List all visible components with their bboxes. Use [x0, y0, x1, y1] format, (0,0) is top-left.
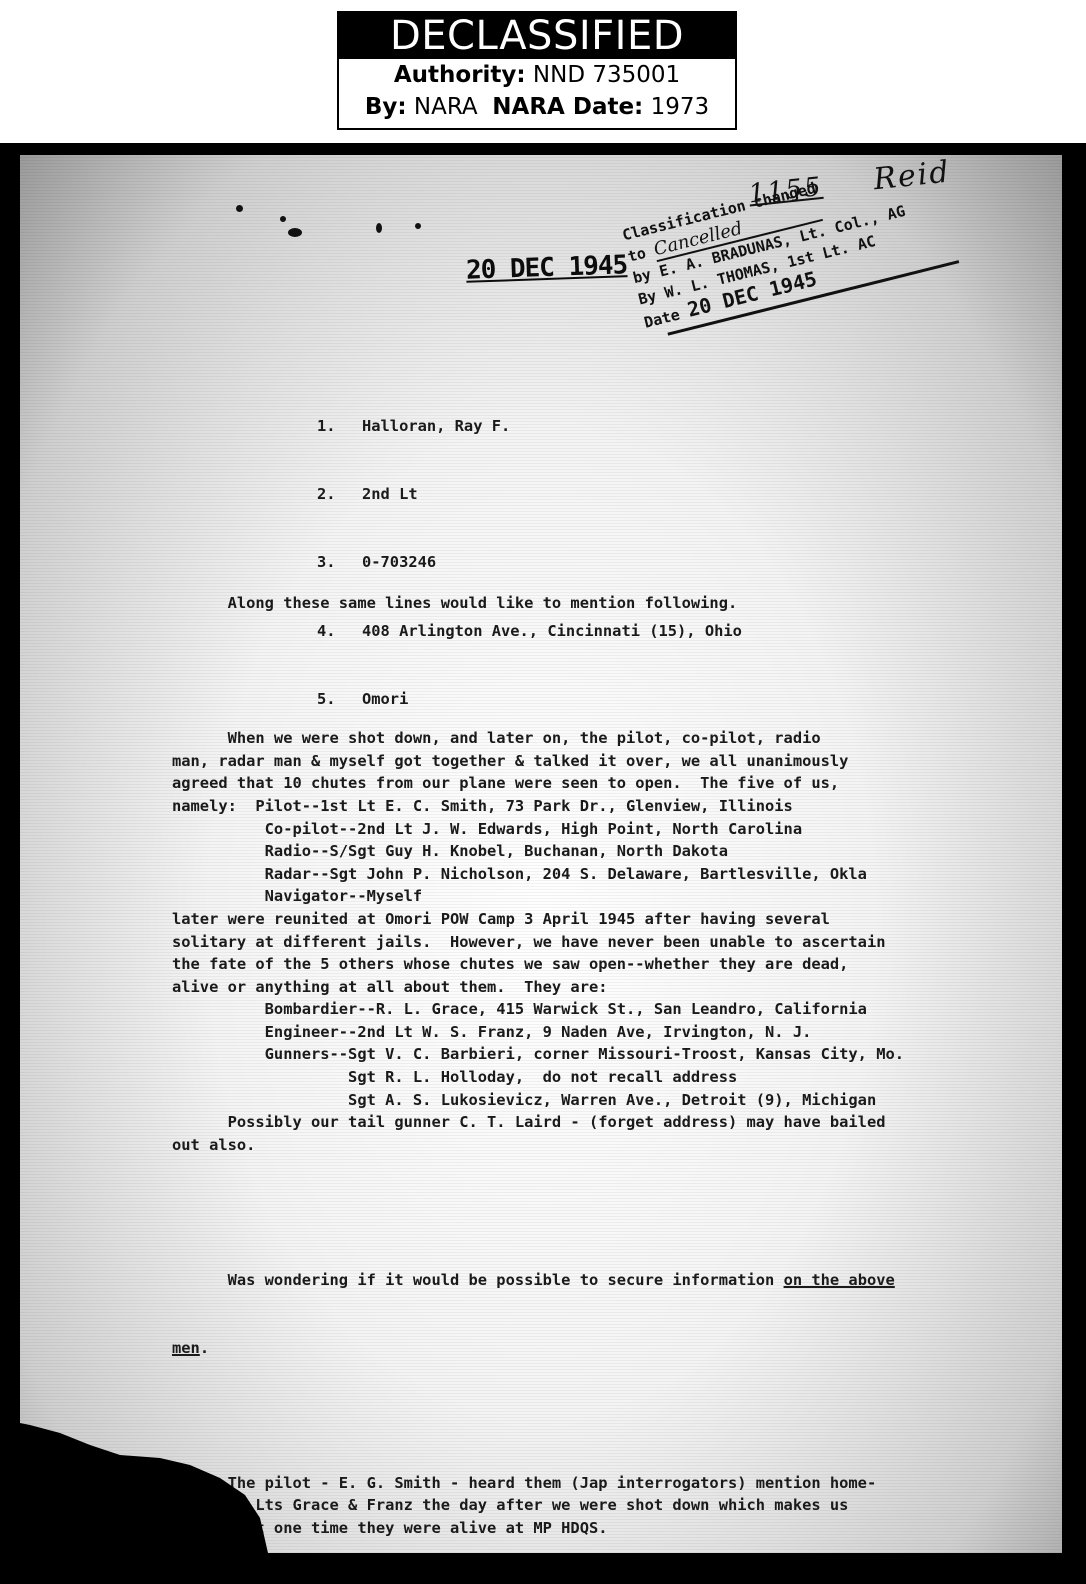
- by-line: By: NARA NARA Date: 1973: [339, 91, 735, 123]
- id-item: 2.2nd Lt: [317, 483, 742, 506]
- paragraph-request-end: men.: [172, 1337, 904, 1360]
- body-line: the fate of the 5 others whose chutes we…: [172, 953, 904, 976]
- ink-speck: [236, 205, 243, 212]
- authority-value: NND 735001: [533, 62, 680, 88]
- paragraph-interrogators: The pilot - E. G. Smith - heard them (Ja…: [172, 1472, 904, 1540]
- body-line: solitary at different jails. However, we…: [172, 931, 904, 954]
- declassified-heading: DECLASSIFIED: [339, 13, 735, 59]
- intro-line: Along these same lines would like to men…: [172, 592, 904, 615]
- id-number: 1.: [317, 415, 362, 438]
- body-line: Engineer--2nd Lt W. S. Franz, 9 Naden Av…: [172, 1021, 904, 1044]
- letter-body: Along these same lines would like to men…: [172, 547, 904, 1553]
- body-line: later were reunited at Omori POW Camp 3 …: [172, 908, 904, 931]
- body-line: agreed that 10 chutes from our plane wer…: [172, 772, 904, 795]
- body-line: alive or anything at all about them. The…: [172, 976, 904, 999]
- ink-speck: [288, 228, 302, 237]
- classification-date-label: Date: [642, 306, 681, 332]
- id-item: 1.Halloran, Ray F.: [317, 415, 742, 438]
- body-line: Sgt R. L. Holloday, do not recall addres…: [172, 1066, 904, 1089]
- body-line: Co-pilot--2nd Lt J. W. Edwards, High Poi…: [172, 818, 904, 841]
- body-line: believe at one time they were alive at M…: [172, 1517, 904, 1540]
- ink-speck: [415, 223, 421, 229]
- ink-speck: [376, 223, 382, 233]
- body-line: When we were shot down, and later on, th…: [172, 727, 904, 750]
- body-line: man, radar man & myself got together & t…: [172, 750, 904, 773]
- body-line: Gunners--Sgt V. C. Barbieri, corner Miss…: [172, 1043, 904, 1066]
- torn-corner: [20, 1423, 280, 1553]
- request-period: .: [200, 1339, 209, 1357]
- received-date-stamp: 20 DEC 1945: [466, 250, 628, 286]
- paragraph-crew-account: When we were shot down, and later on, th…: [172, 727, 904, 1156]
- request-text: Was wondering if it would be possible to…: [172, 1271, 784, 1289]
- authority-line: Authority: NND 735001: [339, 59, 735, 91]
- body-line: Possibly our tail gunner C. T. Laird - (…: [172, 1111, 904, 1134]
- nara-date-value: 1973: [651, 94, 710, 120]
- authority-label: Authority:: [394, 62, 526, 88]
- body-line: out also.: [172, 1134, 904, 1157]
- request-underlined-end: men: [172, 1339, 200, 1357]
- by-value: NARA: [414, 94, 478, 120]
- classification-changed-stamp: Classification changed to Cancelled by E…: [620, 155, 998, 340]
- body-line: Sgt A. S. Lukosievicz, Warren Ave., Detr…: [172, 1089, 904, 1112]
- id-number: 2.: [317, 483, 362, 506]
- body-line: Navigator--Myself: [172, 885, 904, 908]
- body-line: Radar--Sgt John P. Nicholson, 204 S. Del…: [172, 863, 904, 886]
- declassified-stamp: DECLASSIFIED Authority: NND 735001 By: N…: [337, 11, 737, 130]
- body-line: namely: Pilot--1st Lt E. C. Smith, 73 Pa…: [172, 795, 904, 818]
- id-name: Halloran, Ray F.: [362, 417, 510, 435]
- body-line: towns of Lts Grace & Franz the day after…: [172, 1494, 904, 1517]
- body-line: Bombardier--R. L. Grace, 415 Warwick St.…: [172, 998, 904, 1021]
- scan-frame: 1155 Reid 20 DEC 1945 Classification cha…: [0, 143, 1086, 1584]
- request-underlined: on the above: [784, 1271, 895, 1289]
- ink-speck: [280, 216, 286, 222]
- nara-date-label: NARA Date:: [492, 94, 643, 120]
- id-rank: 2nd Lt: [362, 485, 418, 503]
- body-line: Radio--S/Sgt Guy H. Knobel, Buchanan, No…: [172, 840, 904, 863]
- body-line: The pilot - E. G. Smith - heard them (Ja…: [172, 1472, 904, 1495]
- classification-to-label: to: [626, 244, 648, 266]
- by-label: By:: [365, 94, 407, 120]
- document-page: 1155 Reid 20 DEC 1945 Classification cha…: [20, 155, 1062, 1553]
- paragraph-request: Was wondering if it would be possible to…: [172, 1269, 904, 1292]
